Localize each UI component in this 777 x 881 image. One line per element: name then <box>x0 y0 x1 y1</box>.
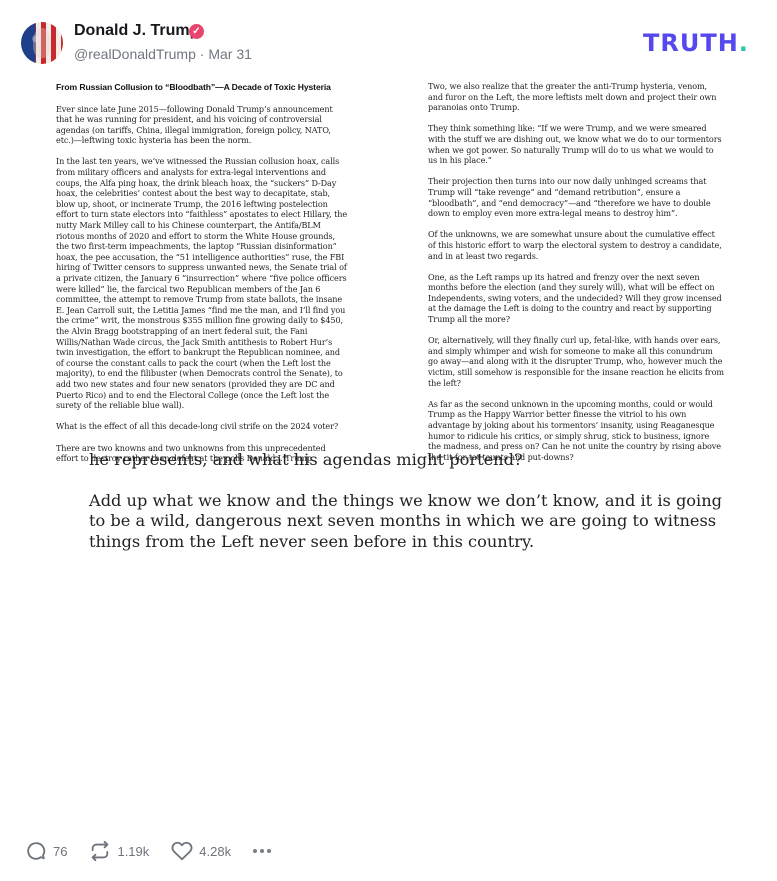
logo-text: TRUTH <box>643 29 739 57</box>
large-paragraph: Add up what we know and the things we kn… <box>89 491 729 553</box>
more-options-button[interactable] <box>253 849 271 853</box>
article-left-column: From Russian Collusion to “Bloodbath”—A … <box>56 81 350 474</box>
heart-icon <box>171 840 193 862</box>
like-button[interactable]: 4.28k <box>171 840 231 862</box>
article-paragraph: In the last ten years, we’ve witnessed t… <box>56 156 350 410</box>
large-paragraph: he represents, and what his agendas migh… <box>89 450 729 471</box>
retruth-count: 1.19k <box>117 844 149 859</box>
retruth-button[interactable]: 1.19k <box>89 840 149 862</box>
article-paragraph: One, as the Left ramps up its hatred and… <box>428 272 724 325</box>
article-paragraph: Of the unknowns, we are somewhat unsure … <box>428 229 724 261</box>
author-display-name[interactable]: Donald J. Trump <box>74 22 199 40</box>
article-right-column: Two, we also realize that the greater th… <box>428 81 724 473</box>
verified-badge-icon: ✓ <box>189 24 204 39</box>
post-date[interactable]: Mar 31 <box>208 46 252 62</box>
more-icon <box>253 849 257 853</box>
author-handle[interactable]: @realDonaldTrump <box>74 46 196 62</box>
more-icon <box>260 849 264 853</box>
more-icon <box>267 849 271 853</box>
truth-social-logo: TRUTH. <box>643 29 749 57</box>
article-paragraph: They think something like: “If we were T… <box>428 123 724 165</box>
article-paragraph: Two, we also realize that the greater th… <box>428 81 724 113</box>
avatar[interactable] <box>21 22 63 64</box>
article-title: From Russian Collusion to “Bloodbath”—A … <box>56 81 350 94</box>
like-count: 4.28k <box>199 844 231 859</box>
article-paragraph: Or, alternatively, will they finally cur… <box>428 335 724 388</box>
reply-button[interactable]: 76 <box>25 840 67 862</box>
article-paragraph: Ever since late June 2015—following Dona… <box>56 104 350 146</box>
article-large-text: he represents, and what his agendas migh… <box>89 450 729 572</box>
post-header: Donald J. Trump ✓ @realDonaldTrump · Mar… <box>0 0 777 75</box>
reply-count: 76 <box>53 844 67 859</box>
article-paragraph: Their projection then turns into our now… <box>428 176 724 218</box>
comment-icon <box>25 840 47 862</box>
article-paragraph: What is the effect of all this decade-lo… <box>56 421 350 432</box>
repost-icon <box>89 840 111 862</box>
logo-dot: . <box>739 29 749 57</box>
separator: · <box>196 46 208 62</box>
post-action-bar: 76 1.19k 4.28k <box>25 838 271 864</box>
author-handle-line: @realDonaldTrump · Mar 31 <box>74 46 252 62</box>
